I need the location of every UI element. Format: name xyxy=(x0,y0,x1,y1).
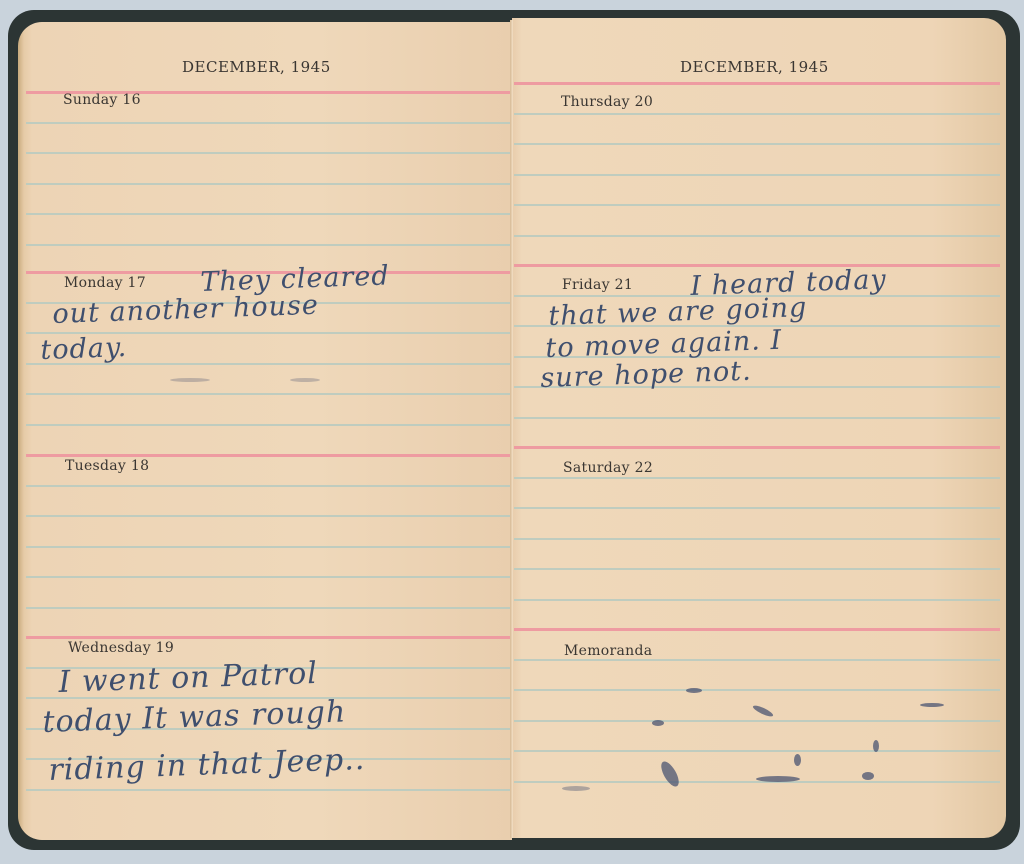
day-label-thursday-20: Thursday 20 xyxy=(561,94,653,110)
memoranda-label: Memoranda xyxy=(564,643,652,659)
day-label-wednesday-19: Wednesday 19 xyxy=(68,640,174,656)
handwriting-wednesday-line-1: I went on Patrol xyxy=(58,659,318,698)
left-page-header: DECEMBER, 1945 xyxy=(182,58,331,76)
handwriting-monday-line-3: today. xyxy=(40,333,128,366)
day-label-friday-21: Friday 21 xyxy=(562,277,633,293)
right-page-header: DECEMBER, 1945 xyxy=(680,58,829,76)
day-label-tuesday-18: Tuesday 18 xyxy=(65,458,149,474)
page-gutter xyxy=(510,20,513,838)
day-label-sunday-16: Sunday 16 xyxy=(63,92,141,108)
day-label-monday-17: Monday 17 xyxy=(64,275,146,291)
day-label-saturday-22: Saturday 22 xyxy=(563,460,653,476)
right-page xyxy=(512,18,1006,838)
